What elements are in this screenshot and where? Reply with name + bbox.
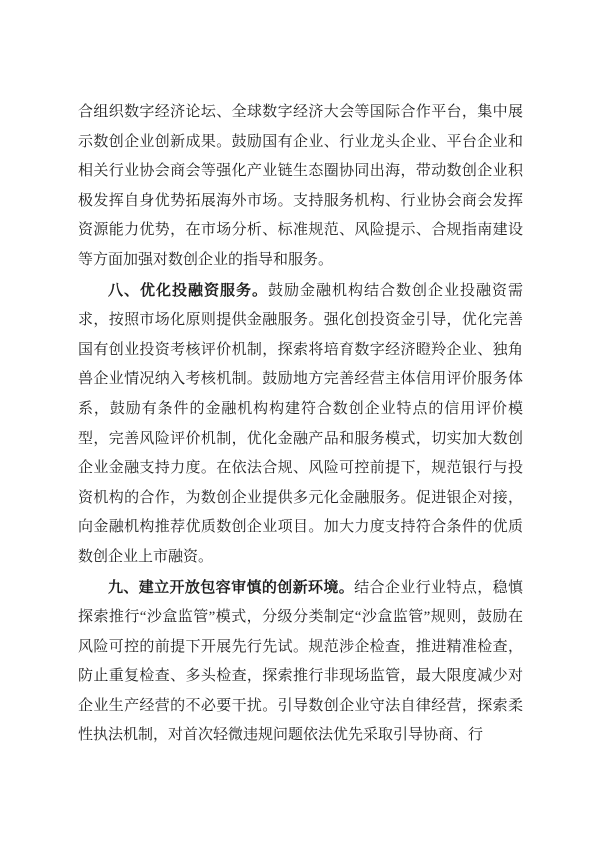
document-body: 合组织数字经济论坛、全球数字经济大会等国际合作平台，集中展示数创企业创新成果。鼓… (78, 98, 523, 751)
section-9-heading: 九、建立开放包容审慎的创新环境。 (108, 579, 354, 596)
paragraph-section-9: 九、建立开放包容审慎的创新环境。结合企业行业特点，稳慎探索推行“沙盒监管”模式，… (78, 573, 523, 752)
paragraph-section-8: 八、优化投融资服务。鼓励金融机构结合数创企业投融资需求，按照市场化原则提供金融服… (78, 276, 523, 573)
paragraph-text: 合组织数字经济论坛、全球数字经济大会等国际合作平台，集中展示数创企业创新成果。鼓… (78, 104, 523, 268)
section-8-heading: 八、优化投融资服务。 (108, 282, 268, 299)
paragraph-text: 结合企业行业特点，稳慎探索推行“沙盒监管”模式，分级分类制定“沙盒监管”规则，鼓… (78, 580, 523, 744)
paragraph-text: 鼓励金融机构结合数创企业投融资需求，按照市场化原则提供金融服务。强化创投资金引导… (78, 283, 523, 565)
paragraph-continuation: 合组织数字经济论坛、全球数字经济大会等国际合作平台，集中展示数创企业创新成果。鼓… (78, 98, 523, 276)
document-page: 合组织数字经济论坛、全球数字经济大会等国际合作平台，集中展示数创企业创新成果。鼓… (0, 0, 595, 841)
